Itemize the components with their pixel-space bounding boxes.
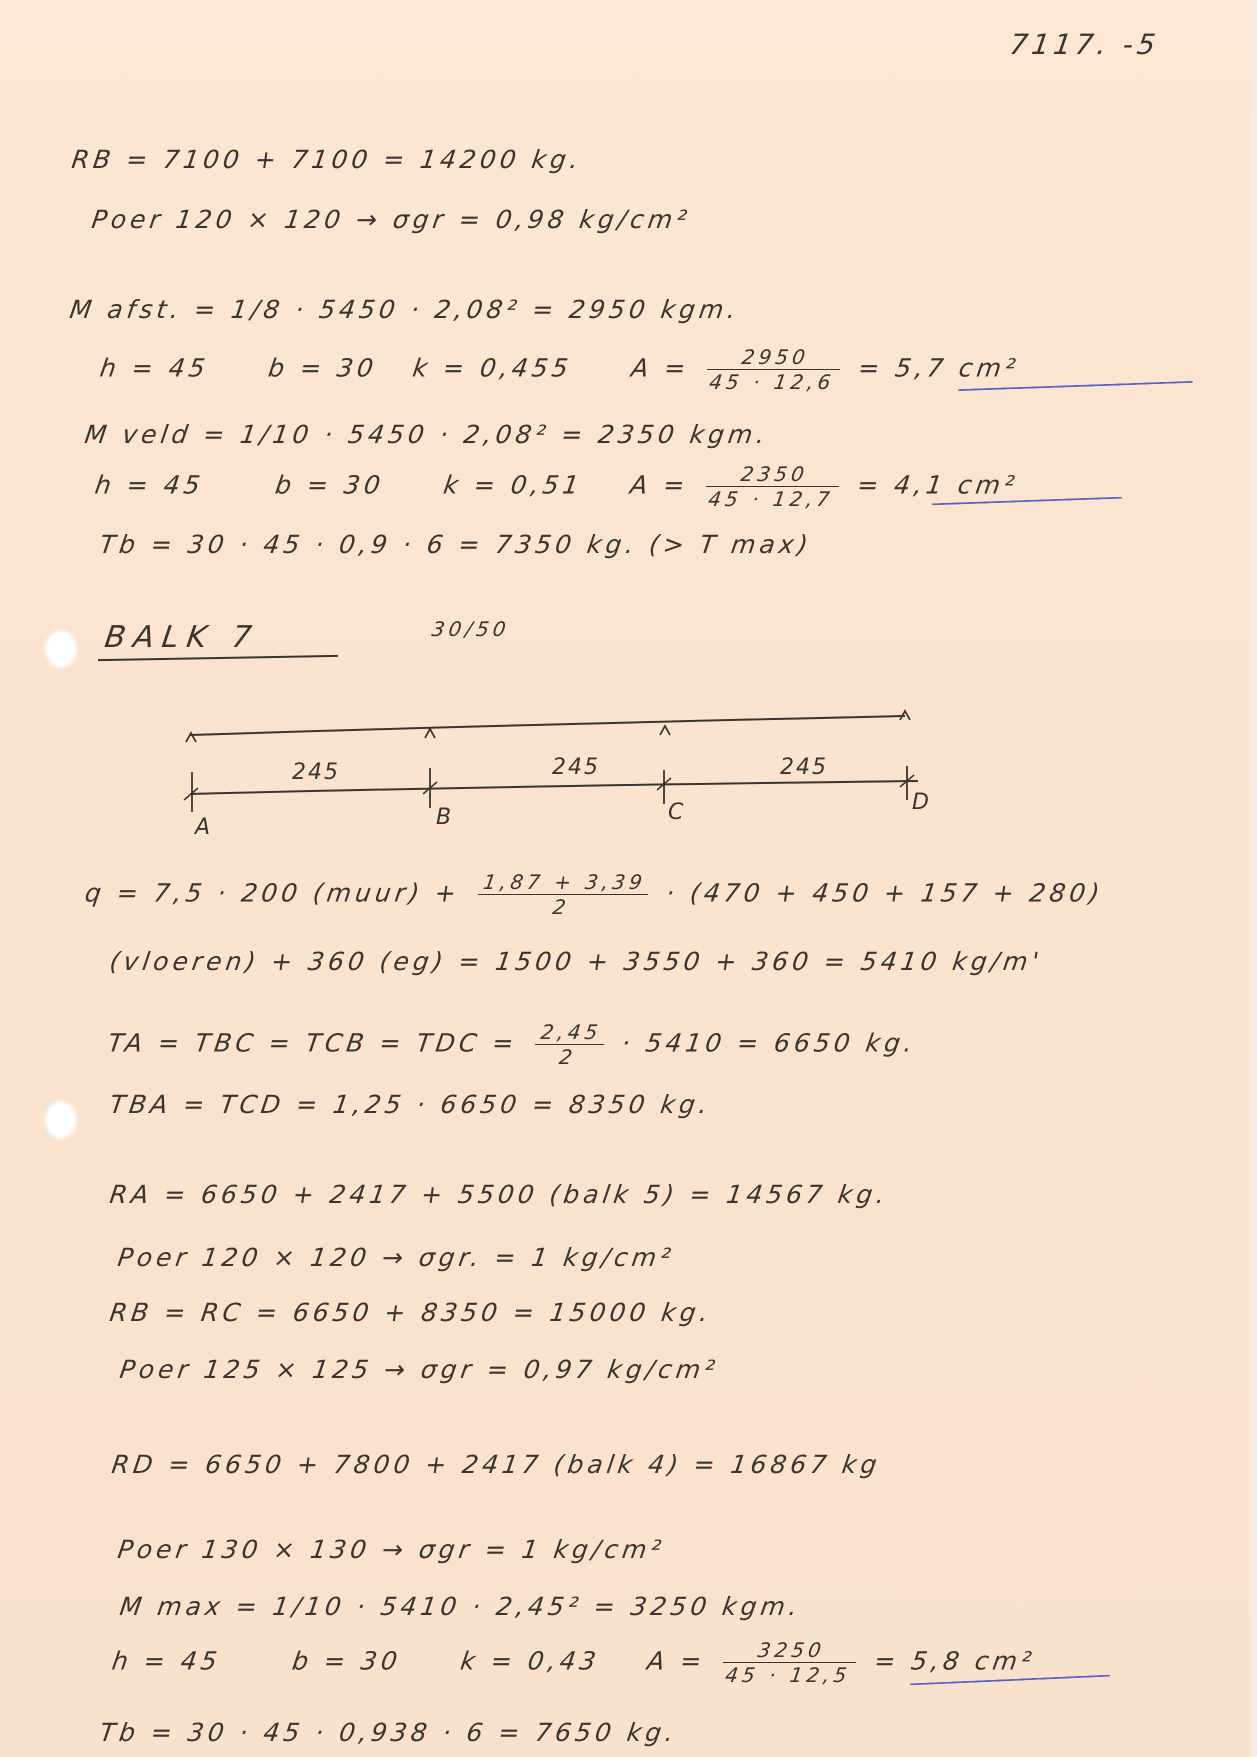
area-result: = 4,1 cm² [855, 471, 1020, 500]
section-check-row-3: h = 45 b = 30 k = 0,43 A = 3250 45 · 12,… [109, 1638, 1039, 1687]
width-value: b = 30 [290, 1647, 403, 1676]
reaction-bc-line: RB = RC = 6650 + 8350 = 15000 kg. [108, 1298, 714, 1327]
section-check-row-2: h = 45 b = 30 k = 0,51 A = 2350 45 · 12,… [92, 462, 1022, 511]
beam-title: BALK 7 [103, 620, 262, 655]
height-value: h = 45 [93, 471, 206, 500]
area-label: A = [628, 471, 690, 500]
k-value: k = 0,455 [411, 354, 574, 383]
support-label-c: C [668, 800, 685, 825]
punch-hole-bottom [47, 1103, 75, 1137]
k-value: k = 0,51 [442, 471, 585, 500]
area-result: = 5,7 cm² [856, 354, 1021, 383]
reaction-a-line: RA = 6650 + 2417 + 5500 (balk 5) = 14567… [108, 1180, 890, 1209]
distributed-load-line-2: (vloeren) + 360 (eg) = 1500 + 3550 + 360… [108, 947, 1045, 976]
width-value: b = 30 [273, 471, 386, 500]
poer-line-4: Poer 130 × 130 → σgr = 1 kg/cm² [116, 1535, 667, 1564]
k-value: k = 0,43 [459, 1647, 602, 1676]
support-label-d: D [912, 790, 931, 815]
moment-support-line: M afst. = 1/8 · 5450 · 2,08² = 2950 kgm. [68, 295, 742, 324]
width-value: b = 30 [266, 354, 379, 383]
rb-line: RB = 7100 + 7100 = 14200 kg. [70, 145, 584, 174]
page-number: 7117. -5 [1008, 28, 1162, 61]
moment-field-line: M veld = 1/10 · 5450 · 2,08² = 2350 kgm. [83, 420, 771, 449]
shear-forces-line-2: TBA = TCD = 1,25 · 6650 = 8350 kg. [108, 1090, 713, 1119]
height-value: h = 45 [110, 1647, 223, 1676]
area-fraction: 3250 45 · 12,5 [720, 1638, 860, 1687]
beam-diagram [0, 700, 1257, 960]
beam-section-size: 30/50 [430, 617, 511, 641]
poer-line-1: Poer 120 × 120 → σgr = 0,98 kg/cm² [90, 205, 693, 234]
reaction-d-line: RD = 6650 + 7800 + 2417 (balk 4) = 16867… [110, 1450, 883, 1479]
shear-forces-line: TA = TBC = TCB = TDC = 2,45 2 · 5410 = 6… [105, 1020, 920, 1069]
support-label-a: A [195, 815, 212, 840]
load-fraction: 1,87 + 3,39 2 [474, 870, 651, 919]
area-label: A = [629, 354, 691, 383]
shear-fraction: 2,45 2 [532, 1020, 607, 1069]
poer-line-2: Poer 120 × 120 → σgr. = 1 kg/cm² [116, 1243, 676, 1272]
area-fraction: 2350 45 · 12,7 [703, 462, 843, 511]
max-moment-line: M max = 1/10 · 5410 · 2,45² = 3250 kgm. [118, 1592, 803, 1621]
area-fraction: 2950 45 · 12,6 [704, 345, 844, 394]
support-label-b: B [436, 805, 453, 830]
span-length-ab: 245 [292, 760, 340, 785]
punch-hole-top [47, 632, 75, 666]
height-value: h = 45 [98, 354, 211, 383]
poer-line-3: Poer 125 × 125 → σgr = 0,97 kg/cm² [118, 1355, 721, 1384]
section-check-row-1: h = 45 b = 30 k = 0,455 A = 2950 45 · 12… [97, 345, 1023, 394]
area-result: = 5,8 cm² [872, 1647, 1037, 1676]
shear-capacity-line-2: Tb = 30 · 45 · 0,938 · 6 = 7650 kg. [98, 1718, 679, 1747]
shear-capacity-line-1: Tb = 30 · 45 · 0,9 · 6 = 7350 kg. (> T m… [98, 530, 814, 559]
area-label: A = [645, 1647, 707, 1676]
distributed-load-line-1: q = 7,5 · 200 (muur) + 1,87 + 3,39 2 · (… [82, 870, 1107, 919]
span-length-cd: 245 [780, 755, 828, 780]
span-length-bc: 245 [552, 755, 600, 780]
